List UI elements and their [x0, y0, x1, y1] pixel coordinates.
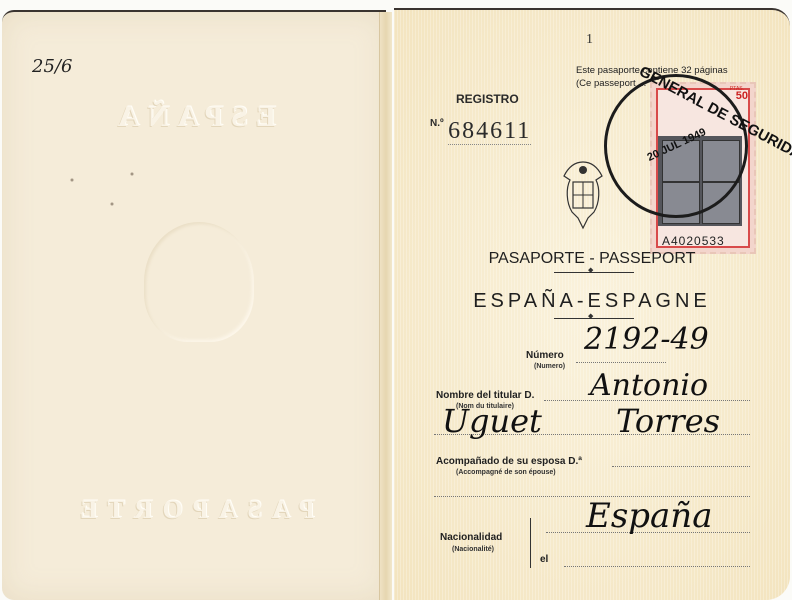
stamp-serial: A4020533 [662, 234, 725, 248]
nacionalidad-sublabel: (Nacionalité) [452, 546, 494, 553]
handwritten-note: 25/6 [32, 56, 72, 77]
registro-prefix: N.º [430, 118, 444, 129]
nombre-value-surname-2: Torres [616, 402, 720, 440]
registro-value: 684611 [448, 118, 531, 145]
brace [530, 518, 535, 568]
numero-sublabel: (Numero) [534, 363, 565, 370]
embossed-crest-icon [144, 222, 254, 342]
nacionalidad-value: España [586, 496, 712, 536]
page-number: 1 [586, 32, 593, 48]
nombre-value-first: Antonio [590, 368, 708, 403]
nacionalidad-label: Nacionalidad [440, 532, 502, 543]
spine [379, 12, 392, 600]
left-page: 25/6 ESPAÑA PASAPORTE [2, 10, 386, 600]
numero-value: 2192-49 [584, 322, 709, 357]
esposa-sublabel: (Accompagné de son épouse) [456, 469, 556, 476]
postmark-date: 20 JUL 1949 [645, 126, 708, 164]
right-page: 1 Este pasaporte contiene 32 páginas (Ce… [394, 8, 790, 600]
esposa-label: Acompañado de su esposa D.ª [436, 456, 582, 467]
embossed-subtitle: PASAPORTE [70, 495, 315, 525]
el-label: el [540, 554, 548, 565]
coat-of-arms-icon [560, 158, 606, 234]
registro-number: N.º 684611 [430, 118, 531, 145]
nombre-value-surname-1: Uguet [442, 402, 542, 440]
ornament-divider [554, 272, 634, 273]
postmark: GENERAL DE SEGURIDAD 20 JUL 1949 [604, 74, 748, 218]
numero-label: Número [526, 350, 564, 361]
stamp-value: 50 [736, 90, 748, 102]
foxing-marks [52, 162, 152, 222]
country-title: ESPAÑA-ESPAGNE [394, 290, 790, 313]
registro-label: REGISTRO [456, 92, 519, 106]
nombre-label: Nombre del titular D. [436, 390, 534, 401]
ornament-divider [554, 318, 634, 319]
embossed-title: ESPAÑA [110, 100, 276, 134]
